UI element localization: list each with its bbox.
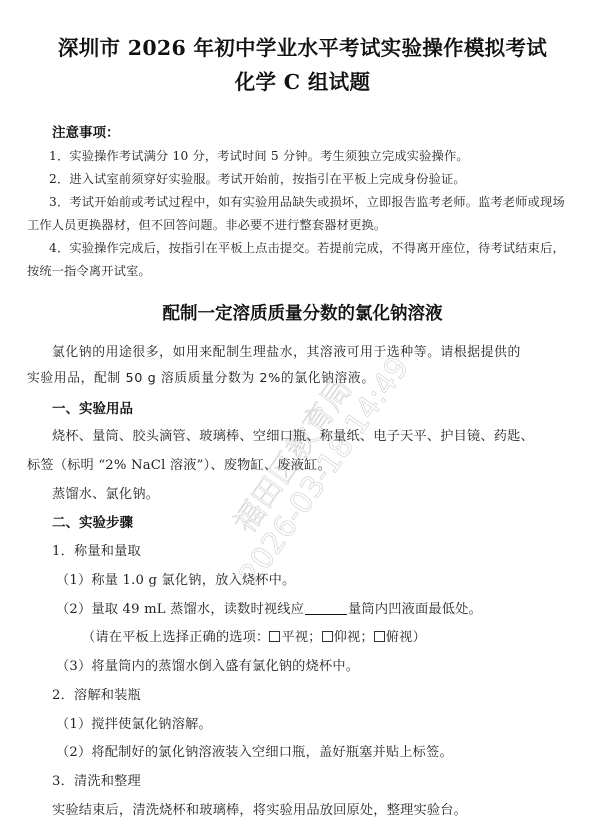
- checkbox-icon[interactable]: [269, 631, 280, 642]
- notice-item-4-cont: 按统一指令离开试室。: [27, 262, 151, 280]
- step-1-sub-2: （2）量取 49 mL 蒸馏水，读数时视线应量筒内凹液面最低处。: [56, 601, 482, 619]
- step-1-sub-3: （3）将量筒内的蒸馏水倒入盛有氯化钠的烧杯中。: [56, 658, 359, 676]
- options-prefix: （请在平板上选择正确的选项：: [82, 630, 269, 645]
- fill-in-blank[interactable]: [305, 601, 347, 615]
- step-1-title: 1．称量和量取: [52, 543, 141, 561]
- intro-line-2: 实验用品，配制 50 g 溶质质量分数为 2%的氯化钠溶液。: [27, 370, 375, 388]
- notice-item-2: 2．进入试室前须穿好实验服。考试开始前，按指引在平板上完成身份验证。: [49, 170, 466, 188]
- notice-item-3-cont: 工作人员更换器材，但不回答问题。非必要不进行整套器材更换。: [27, 216, 386, 234]
- watermark-timestamp: 2026-03-18 14:49: [233, 360, 410, 592]
- document-title: 深圳市 2026 年初中学业水平考试实验操作模拟考试: [0, 34, 605, 62]
- step-2-sub-2: （2）将配制好的氯化钠溶液装入空细口瓶，盖好瓶塞并贴上标签。: [56, 744, 453, 762]
- notice-heading: 注意事项：: [52, 124, 120, 142]
- option-upward[interactable]: 仰视: [322, 630, 361, 645]
- materials-line-2: 标签（标明 “2% NaCl 溶液”）、废物缸、废液缸。: [27, 457, 331, 475]
- document-subtitle: 化学 C 组试题: [0, 68, 605, 96]
- checkbox-icon[interactable]: [374, 631, 385, 642]
- intro-line-1: 氯化钠的用途很多，如用来配制生理盐水，其溶液可用于选种等。请根据提供的: [52, 344, 521, 362]
- viewing-options: （请在平板上选择正确的选项：平视；仰视；俯视）: [82, 629, 426, 647]
- option-downward[interactable]: 俯视: [374, 630, 413, 645]
- materials-heading: 一、实验用品: [52, 400, 133, 418]
- exam-document-page: 深圳市 2026 年初中学业水平考试实验操作模拟考试 化学 C 组试题 注意事项…: [0, 0, 605, 839]
- checkbox-icon[interactable]: [322, 631, 333, 642]
- step-3-title: 3．清洗和整理: [52, 773, 141, 791]
- option-label: 俯视: [386, 630, 413, 645]
- step-2-sub-1: （1）搅拌使氯化钠溶解。: [56, 716, 212, 734]
- option-separator: ；: [360, 630, 373, 645]
- experiment-title: 配制一定溶质质量分数的氯化钠溶液: [0, 302, 605, 326]
- step-1-sub-2-after: 量筒内凹液面最低处。: [348, 602, 482, 617]
- option-label: 平视: [281, 630, 308, 645]
- notice-item-4: 4．实验操作完成后，按指引在平板上点击提交。若提前完成，不得离开座位，待考试结束…: [49, 239, 565, 257]
- steps-heading: 二、实验步骤: [52, 514, 133, 532]
- option-separator: ；: [308, 630, 321, 645]
- step-1-sub-1: （1）称量 1.0 g 氯化钠，放入烧杯中。: [56, 572, 295, 590]
- options-suffix: ）: [413, 630, 426, 645]
- materials-line-1: 烧杯、量筒、胶头滴管、玻璃棒、空细口瓶、称量纸、电子天平、护目镜、药匙、: [52, 428, 534, 446]
- option-level[interactable]: 平视: [269, 630, 308, 645]
- notice-item-1: 1．实验操作考试满分 10 分，考试时间 5 分钟。考生须独立完成实验操作。: [49, 147, 469, 165]
- step-2-title: 2．溶解和装瓶: [52, 687, 141, 705]
- option-label: 仰视: [334, 630, 361, 645]
- materials-line-3: 蒸馏水、氯化钠。: [52, 486, 159, 504]
- step-3-text: 实验结束后，清洗烧杯和玻璃棒，将实验用品放回原处，整理实验台。: [52, 802, 467, 820]
- step-1-sub-2-before: （2）量取 49 mL 蒸馏水，读数时视线应: [56, 602, 304, 617]
- notice-item-3: 3．考试开始前或考试过程中，如有实验用品缺失或损坏，立即报告监考老师。监考老师或…: [49, 193, 565, 211]
